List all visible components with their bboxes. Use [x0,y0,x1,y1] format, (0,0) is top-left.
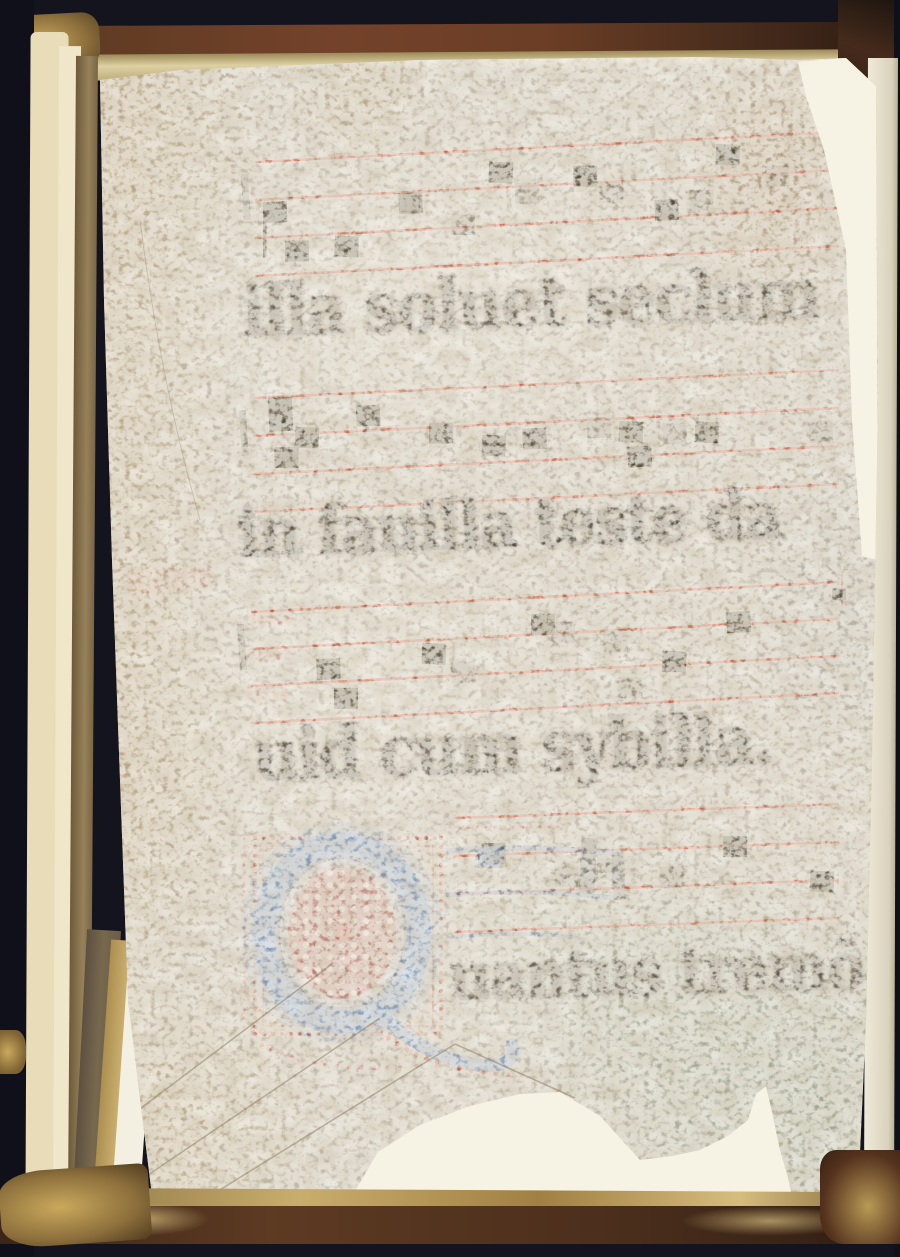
binding-corner-bottom-left [0,1163,152,1249]
manuscript-photograph: illa soluet seclum in fauilla teste da u… [0,0,900,1257]
clasp-gilt-left [0,1030,26,1074]
binding-corner-bottom-right [820,1150,900,1244]
